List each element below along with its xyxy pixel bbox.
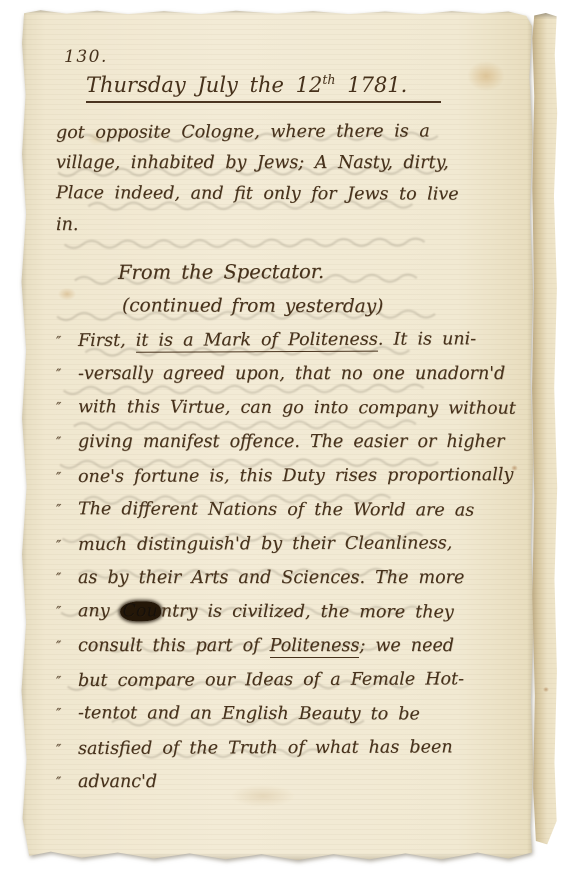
text-segment: -tentot and an English Beauty to be [78,703,420,724]
manuscript-line: ″but compare our Ideas of a Female Hot- [78,663,530,699]
next-leaf-edge [531,13,558,846]
paper-stain [460,55,512,97]
text-segment: Thursday July the 12 [86,73,322,97]
text-segment: got opposite Cologne, where there is a [56,121,430,143]
quote-mark: ″ [56,631,78,664]
manuscript-line: From the Spectator. [118,254,530,290]
manuscript-line: village, inhabited by Jews; A Nasty, dir… [56,148,530,179]
blotted-word: Cou [120,601,161,621]
quote-mark: ″ [56,698,78,731]
quote-mark: ″ [56,767,78,800]
manuscript-line: ″-tentot and an English Beauty to be [78,697,530,733]
quote-mark: ″ [56,359,78,392]
text-segment: ntry is civilized, the more they [161,602,454,623]
text-segment: -versally agreed upon, that no one unado… [78,364,505,384]
text-segment: with this Virtue, can go into company wi… [78,397,516,419]
manuscript-text-block: got opposite Cologne, where there is avi… [56,117,530,800]
text-segment: advanc'd [78,772,157,792]
manuscript-photo: 130. Thursday July the 12th 1781. got op… [0,0,565,884]
manuscript-line: ″as by their Arts and Sciences. The more [78,562,530,596]
quote-mark: ″ [56,734,78,767]
text-segment: consult this part of [78,636,270,656]
underlined-text: it is a Mark of Politeness [136,330,378,353]
text-segment: From the Spectator. [118,260,324,284]
text-segment: in. [56,215,78,235]
text-segment: ; we need [359,636,454,656]
text-segment: 1781. [336,73,408,97]
quote-mark: ″ [56,530,78,563]
manuscript-line: ″The different Nations of the World are … [78,493,530,529]
heading-underlined-text: Thursday July the 12th 1781. [86,73,441,103]
manuscript-line: got opposite Cologne, where there is a [56,116,530,149]
underlined-text: Politeness [270,636,360,658]
text-segment: giving manifest offence. The easier or h… [78,432,505,452]
quote-mark: ″ [56,326,78,359]
manuscript-line: ″advanc'd [78,766,530,800]
manuscript-line: Place indeed, and fit only for Jews to l… [56,178,530,211]
text-segment: much distinguish'd by their Cleanliness, [78,533,452,555]
text-segment: . It is uni- [378,329,476,349]
manuscript-line: ″First, it is a Mark of Politeness. It i… [78,323,530,359]
text-segment: (continued from yesterday) [122,295,383,317]
quote-mark: ″ [56,666,78,699]
page-number: 130. [64,47,108,67]
manuscript-line: ″one's fortune is, this Duty rises propo… [78,459,530,495]
manuscript-line: ″any Country is civilized, the more they [78,595,530,631]
text-segment: village, inhabited by Jews; A Nasty, dir… [56,153,449,173]
text-segment: th [322,72,335,87]
text-segment: satisfied of the Truth of what has been [78,737,453,759]
text-segment: as by their Arts and Sciences. The more [78,568,464,588]
text-segment: Place indeed, and fit only for Jews to l… [56,183,459,204]
quote-mark: ″ [56,392,78,425]
quote-mark: ″ [56,462,78,495]
manuscript-line: in. [56,210,530,241]
entry-date-heading: Thursday July the 12th 1781. [86,73,441,103]
manuscript-line: ″much distinguish'd by their Cleanliness… [78,527,530,563]
quote-mark: ″ [56,563,78,596]
manuscript-line: (continued from yesterday) [122,289,530,324]
manuscript-line: ″-versally agreed upon, that no one unad… [78,358,530,392]
text-segment: any [78,601,120,621]
text-segment: but compare our Ideas of a Female Hot- [78,669,464,691]
manuscript-line: ″giving manifest offence. The easier or … [78,426,530,460]
text-segment: First, [78,331,136,351]
manuscript-line: ″consult this part of Politeness; we nee… [78,630,530,664]
quote-mark: ″ [56,494,78,527]
quote-mark: ″ [56,427,78,460]
text-segment: one's fortune is, this Duty rises propor… [78,465,513,487]
quote-mark: ″ [56,596,78,629]
manuscript-leaf: 130. Thursday July the 12th 1781. got op… [20,9,534,861]
manuscript-line: ″with this Virtue, can go into company w… [78,391,530,427]
manuscript-line: ″satisfied of the Truth of what has been [78,731,530,767]
text-segment: The different Nations of the World are a… [78,499,474,520]
paper-surface: 130. Thursday July the 12th 1781. got op… [20,9,534,861]
